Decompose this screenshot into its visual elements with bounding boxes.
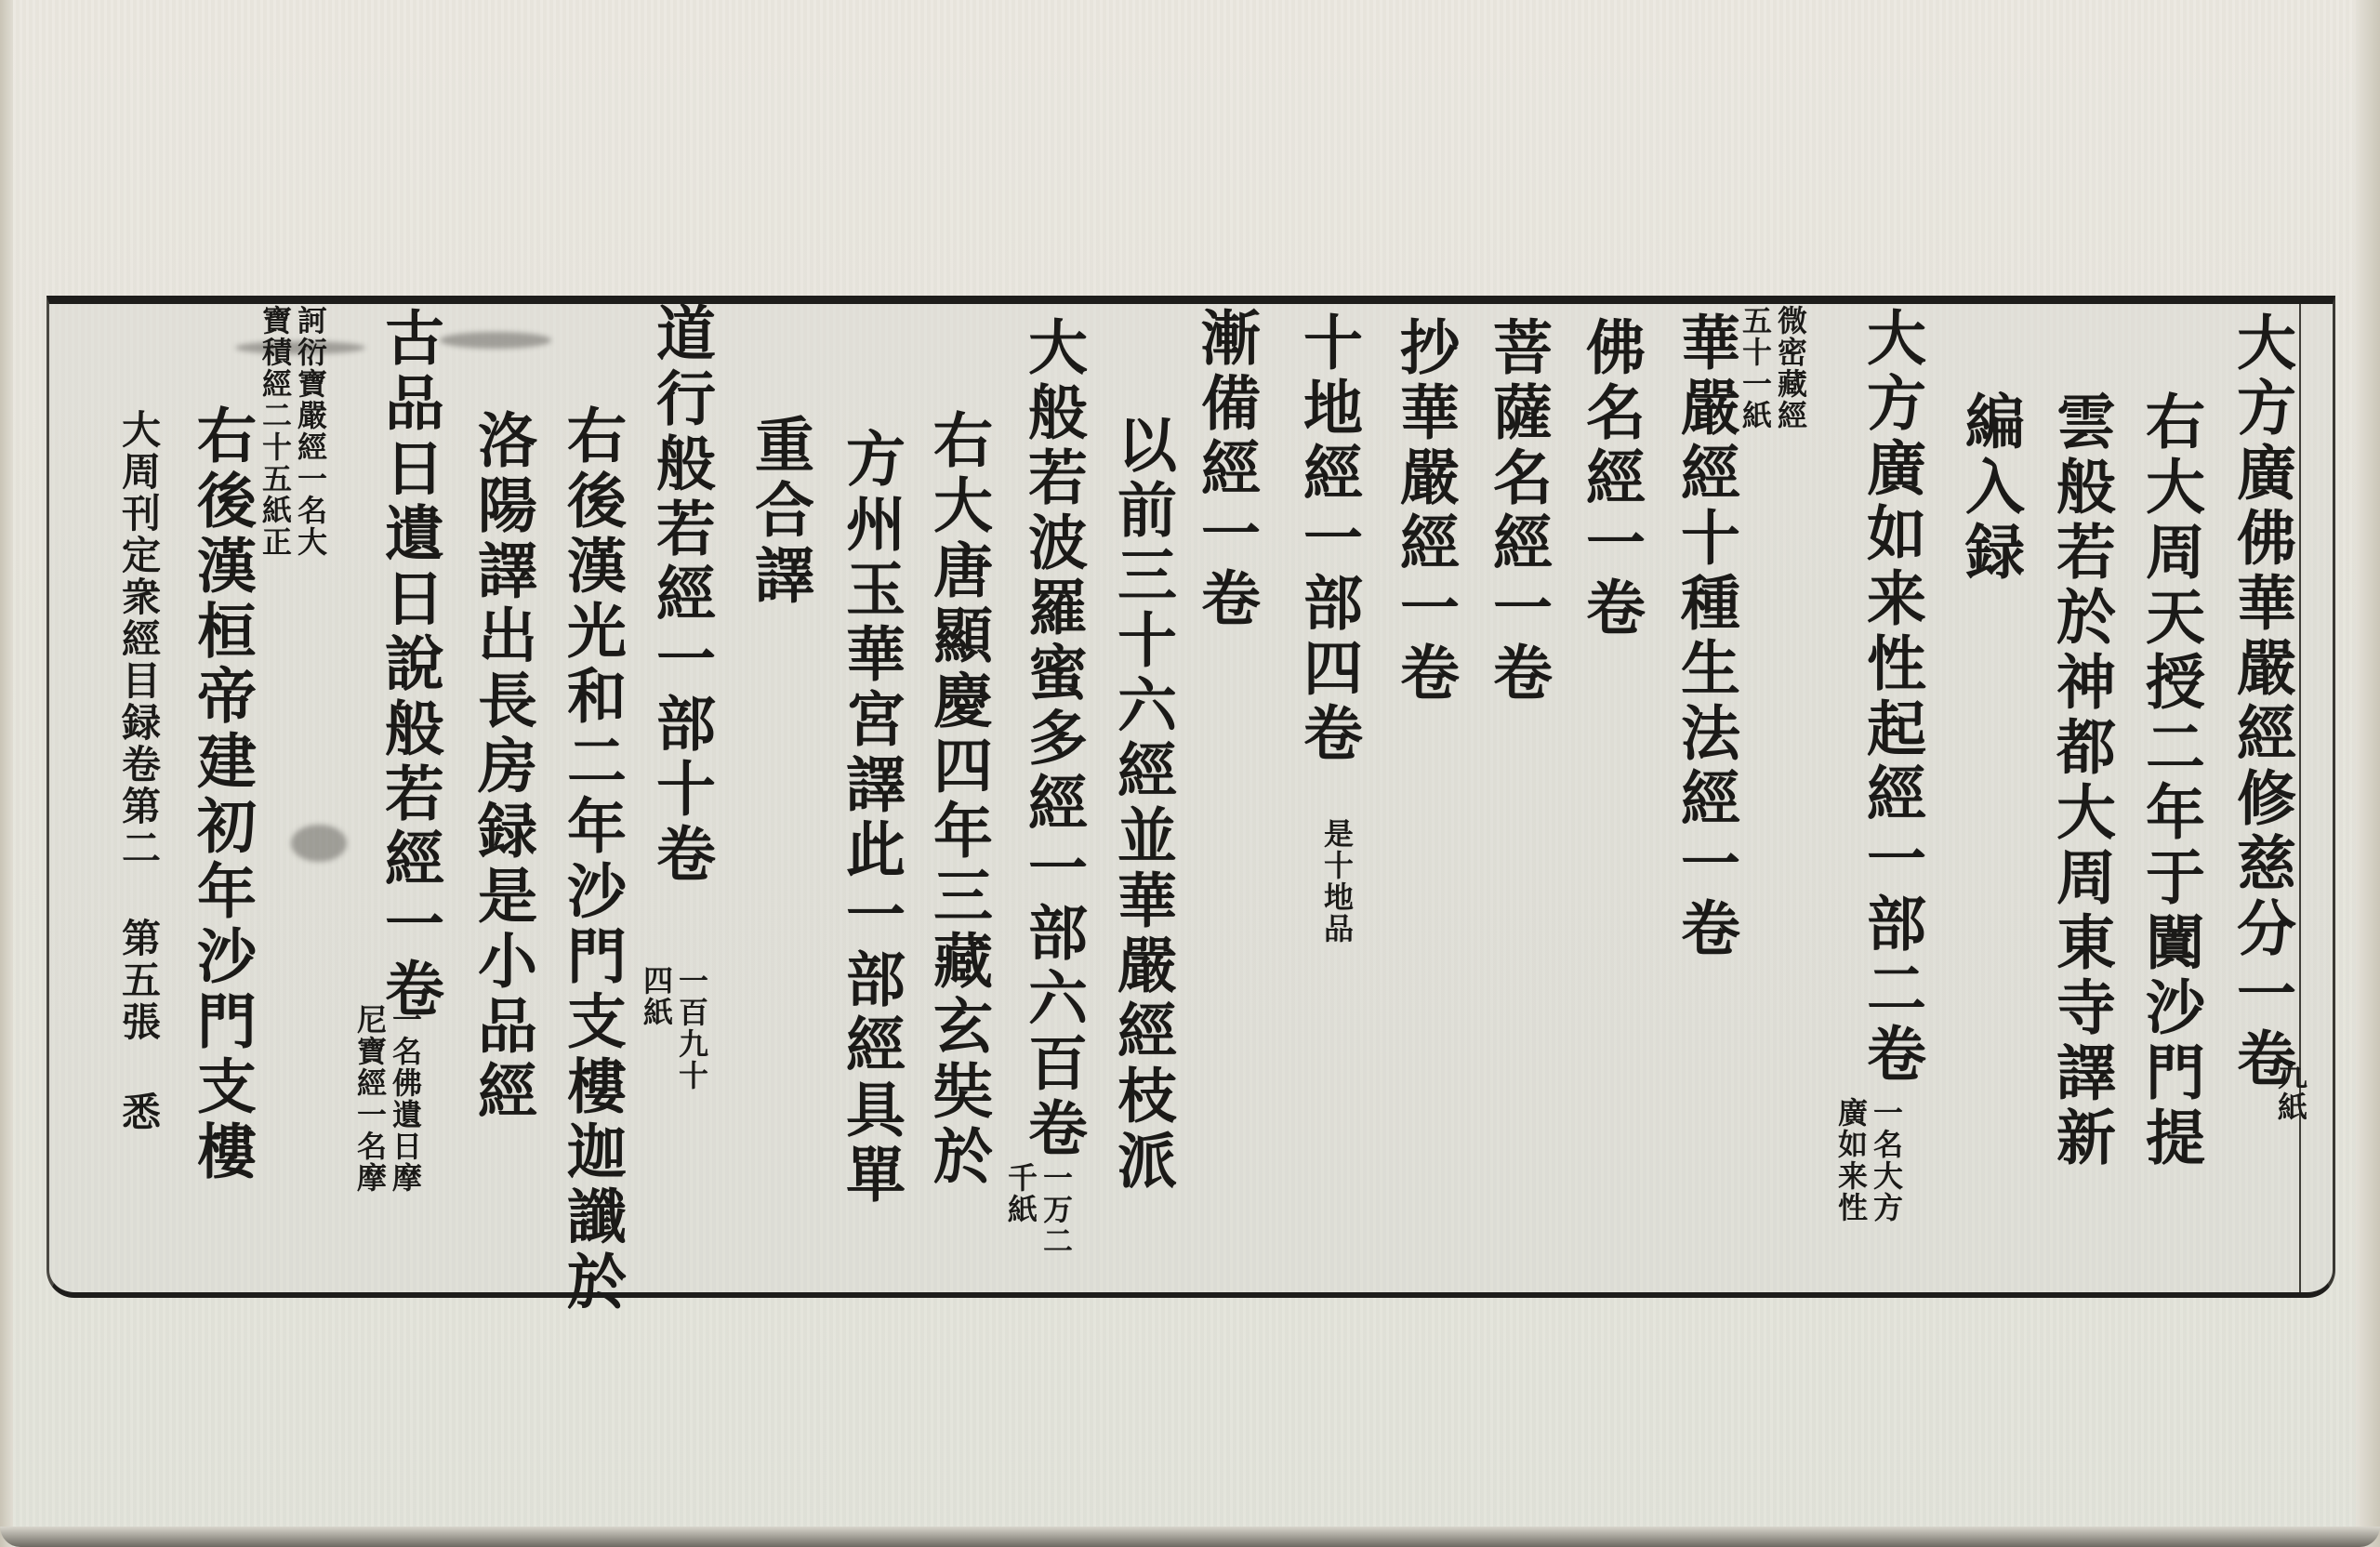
column-title-1: 大方廣佛華嚴經修慈分一卷: [2231, 311, 2291, 1092]
annotation-column-22: 訶衍寶嚴經一名大 寶積經二十五紙正: [260, 305, 325, 558]
annotation-line: 五十一紙: [1740, 305, 1770, 431]
column-title-12: 漸備經一卷: [1196, 307, 1255, 632]
column-body-3: 雲般若於神都大周東寺譯新: [2051, 390, 2110, 1171]
annotation-line: 訶衍寶嚴經一名大: [296, 305, 325, 558]
annotation-line: 寶積經二十五紙正: [260, 305, 290, 558]
page-bottom-shadow: [0, 1527, 2380, 1547]
ink-smudge: [440, 332, 551, 349]
annotation-line: 一万二: [1041, 1162, 1071, 1257]
column-body-20: 洛陽譯出長房録是小品經: [472, 409, 532, 1125]
annotation-5: 一名大方 廣如来性: [1836, 1097, 1901, 1223]
annotation-line: 廣如来性: [1836, 1097, 1866, 1223]
column-body-15: 右大唐顯慶四年三藏玄奘於: [928, 409, 987, 1190]
column-note-1: 九紙: [2276, 1060, 2306, 1123]
page-footer-title: 大周刊定衆經目録卷第二 第五張 悉: [119, 409, 158, 1133]
column-body-13: 以前三十六經並華嚴經枝派: [1112, 414, 1171, 1195]
column-body-2: 右大周天授二年于闐沙門提: [2140, 390, 2200, 1171]
column-title-8: 佛名經一卷: [1580, 316, 1640, 641]
annotation-line: 四紙: [641, 965, 671, 1091]
annotation-18: 一百九十 四紙: [641, 965, 707, 1091]
frame-inner-rule: [2299, 304, 2301, 1292]
column-body-17: 重合譯: [749, 414, 809, 609]
column-body-16: 方州玉華宮譯此一部經具單: [840, 428, 900, 1209]
annotation-line: 一名大方: [1871, 1097, 1901, 1223]
column-body-4: 編入録: [1960, 390, 2019, 586]
column-title-18: 道行般若經一部十卷: [651, 302, 710, 888]
annotation-21: 一名佛遺日摩 尼寶經一名摩: [355, 1004, 420, 1194]
column-title-10: 抄華嚴經一卷: [1395, 316, 1454, 707]
column-body-23: 右後漢桓帝建初年沙門支樓: [192, 404, 251, 1185]
column-title-5: 大方廣如来性起經一部二卷: [1861, 307, 1921, 1088]
annotation-line: 一百九十: [677, 965, 707, 1091]
column-title-11: 十地經一部四卷: [1298, 311, 1357, 767]
column-title-7: 華嚴經十種生法經一卷: [1675, 311, 1735, 962]
annotation-line: 微密藏經: [1776, 305, 1805, 431]
annotation-line: 尼寶經一名摩: [355, 1004, 385, 1194]
scanned-page: 大方廣佛華嚴經修慈分一卷 九紙 右大周天授二年于闐沙門提 雲般若於神都大周東寺譯…: [0, 0, 2380, 1547]
column-title-14: 大般若波羅蜜多經一部六百卷: [1023, 316, 1082, 1162]
page-edge-left: [0, 0, 13, 1547]
annotation-14: 一万二 千紙: [1006, 1162, 1071, 1257]
annotation-line: 一名佛遺日摩: [390, 1004, 420, 1194]
ink-smudge: [291, 825, 347, 862]
page-edge-right: [2356, 0, 2380, 1547]
annotation-column-6: 微密藏經 五十一紙: [1740, 305, 1805, 431]
column-title-9: 菩薩名經一卷: [1487, 316, 1547, 707]
annotation-11: 是十地品: [1322, 818, 1352, 945]
column-title-21: 古品日遺日說般若經一卷: [379, 307, 439, 1023]
annotation-line: 千紙: [1006, 1162, 1036, 1257]
column-body-19: 右後漢光和二年沙門支樓迦讖於: [562, 404, 621, 1316]
